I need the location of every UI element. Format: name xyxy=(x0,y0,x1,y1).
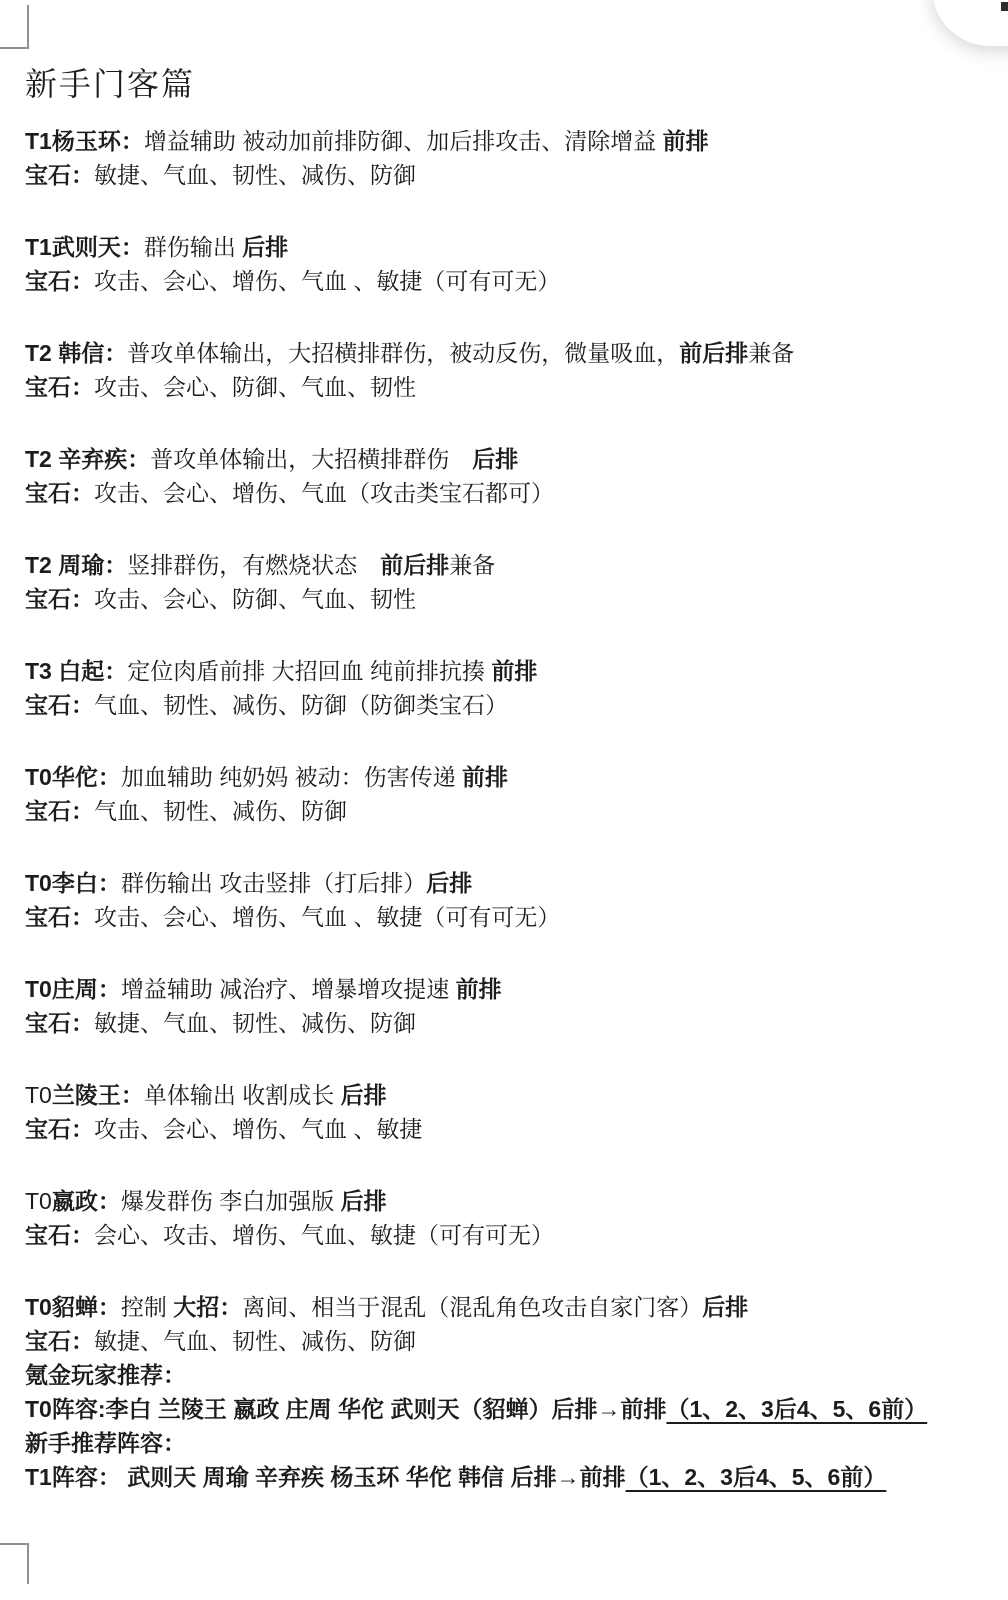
text-segment: 增益辅助 被动加前排防御、加后排攻击、清除增益 xyxy=(144,128,663,154)
text-segment: 前排 xyxy=(462,764,508,790)
text-segment: 离间、相当于混乱（混乱角色攻击自家门客） xyxy=(242,1294,702,1320)
text-segment: T0 xyxy=(25,1188,52,1214)
entry-role-line: T1武则天：群伤输出 后排 xyxy=(25,230,987,264)
footer-recommendations: 氪金玩家推荐：T0阵容:李白 兰陵王 嬴政 庄周 华佗 武则天（貂蝉）后排→前排… xyxy=(25,1358,987,1494)
entry-role-line: T2 辛弃疾：普攻单体输出，大招横排群伤 后排 xyxy=(25,442,987,476)
footer-line: T0阵容:李白 兰陵王 嬴政 庄周 华佗 武则天（貂蝉）后排→前排（1、2、3后… xyxy=(25,1392,987,1426)
page-title: 新手门客篇 xyxy=(25,64,987,104)
text-segment: T0貂蝉： xyxy=(25,1294,121,1320)
text-segment: 会心、攻击、增伤、气血、敏捷（可有可无） xyxy=(94,1222,554,1248)
entry-gem-line: 宝石：气血、韧性、减伤、防御 xyxy=(25,794,987,828)
text-segment: 后排 xyxy=(702,1294,748,1320)
text-boundary-mark-top-left xyxy=(0,5,29,49)
text-segment: 兼备 xyxy=(449,552,495,578)
corner-icon-fragment xyxy=(1001,2,1008,11)
text-segment: 宝石： xyxy=(25,692,94,718)
tier-entry: T3 白起：定位肉盾前排 大招回血 纯前排抗揍 前排宝石：气血、韧性、减伤、防御… xyxy=(25,654,987,722)
text-segment: 气血、韧性、减伤、防御（防御类宝石） xyxy=(94,692,508,718)
text-segment: 兼备 xyxy=(748,340,794,366)
text-segment: 增益辅助 减治疗、增暴增攻提速 xyxy=(121,976,456,1002)
tier-entry: T1武则天：群伤输出 后排宝石：攻击、会心、增伤、气血 、敏捷（可有可无） xyxy=(25,230,987,298)
entry-role-line: T0兰陵王：单体输出 收割成长 后排 xyxy=(25,1078,987,1112)
text-segment: 群伤输出 xyxy=(144,234,242,260)
text-segment: 宝石： xyxy=(25,1222,94,1248)
text-segment: 宝石： xyxy=(25,798,94,824)
text-segment: 爆发群伤 李白加强版 xyxy=(121,1188,341,1214)
text-segment: 攻击、会心、增伤、气血 、敏捷（可有可无） xyxy=(94,268,560,294)
text-segment: 新手推荐阵容： xyxy=(25,1430,186,1456)
text-segment: 攻击、会心、防御、气血、韧性 xyxy=(94,374,416,400)
entry-gem-line: 宝石：敏捷、气血、韧性、减伤、防御 xyxy=(25,1006,987,1040)
text-segment: T0李白： xyxy=(25,870,121,896)
text-segment: 前排 xyxy=(663,128,709,154)
text-segment: 控制 xyxy=(121,1294,173,1320)
footer-line: 氪金玩家推荐： xyxy=(25,1358,987,1392)
text-segment: T2 辛弃疾： xyxy=(25,446,150,472)
entry-gem-line: 宝石：攻击、会心、防御、气血、韧性 xyxy=(25,370,987,404)
text-segment: 前后排 xyxy=(679,340,748,366)
tier-entry-list: T1杨玉环：增益辅助 被动加前排防御、加后排攻击、清除增益 前排宝石：敏捷、气血… xyxy=(25,124,987,1358)
text-segment: 宝石： xyxy=(25,1010,94,1036)
text-segment: 气血、韧性、减伤、防御 xyxy=(94,798,347,824)
entry-role-line: T0貂蝉：控制 大招：离间、相当于混乱（混乱角色攻击自家门客）后排 xyxy=(25,1290,987,1324)
entry-gem-line: 宝石：攻击、会心、增伤、气血 、敏捷（可有可无） xyxy=(25,264,987,298)
footer-line: T1阵容： 武则天 周瑜 辛弃疾 杨玉环 华佗 韩信 后排→前排（1、2、3后4… xyxy=(25,1460,987,1494)
text-segment: 竖排群伤，有燃烧状态 xyxy=(127,552,380,578)
tier-entry: T2 周瑜：竖排群伤，有燃烧状态 前后排兼备宝石：攻击、会心、防御、气血、韧性 xyxy=(25,548,987,616)
entry-gem-line: 宝石：敏捷、气血、韧性、减伤、防御 xyxy=(25,158,987,192)
entry-role-line: T2 韩信：普攻单体输出，大招横排群伤，被动反伤，微量吸血，前后排兼备 xyxy=(25,336,987,370)
text-segment: T2 韩信： xyxy=(25,340,127,366)
text-segment: 定位肉盾前排 大招回血 纯前排抗揍 xyxy=(127,658,491,684)
text-segment: 敏捷、气血、韧性、减伤、防御 xyxy=(94,1328,416,1354)
text-segment: 宝石： xyxy=(25,1116,94,1142)
tier-entry: T0李白：群伤输出 攻击竖排（打后排）后排宝石：攻击、会心、增伤、气血 、敏捷（… xyxy=(25,866,987,934)
tier-entry: T0庄周：增益辅助 减治疗、增暴增攻提速 前排宝石：敏捷、气血、韧性、减伤、防御 xyxy=(25,972,987,1040)
text-segment: 宝石： xyxy=(25,586,94,612)
text-segment: 群伤输出 攻击竖排（打后排） xyxy=(121,870,426,896)
tier-entry: T2 辛弃疾：普攻单体输出，大招横排群伤 后排宝石：攻击、会心、增伤、气血（攻击… xyxy=(25,442,987,510)
text-segment: 普攻单体输出，大招横排群伤，被动反伤，微量吸血， xyxy=(127,340,679,366)
entry-gem-line: 宝石：敏捷、气血、韧性、减伤、防御 xyxy=(25,1324,987,1358)
text-segment: 敏捷、气血、韧性、减伤、防御 xyxy=(94,1010,416,1036)
entry-role-line: T1杨玉环：增益辅助 被动加前排防御、加后排攻击、清除增益 前排 xyxy=(25,124,987,158)
entry-gem-line: 宝石：会心、攻击、增伤、气血、敏捷（可有可无） xyxy=(25,1218,987,1252)
tier-entry: T1杨玉环：增益辅助 被动加前排防御、加后排攻击、清除增益 前排宝石：敏捷、气血… xyxy=(25,124,987,192)
entry-role-line: T0嬴政：爆发群伤 李白加强版 后排 xyxy=(25,1184,987,1218)
tier-entry: T0貂蝉：控制 大招：离间、相当于混乱（混乱角色攻击自家门客）后排宝石：敏捷、气… xyxy=(25,1290,987,1358)
text-segment: T1武则天： xyxy=(25,234,144,260)
document-page: 新手门客篇 T1杨玉环：增益辅助 被动加前排防御、加后排攻击、清除增益 前排宝石… xyxy=(0,0,1008,1600)
text-segment: 宝石： xyxy=(25,904,94,930)
text-segment: 攻击、会心、增伤、气血 、敏捷 xyxy=(94,1116,422,1142)
text-segment: （1、2、3后4、5、6前） xyxy=(666,1396,927,1422)
page-corner-overlay xyxy=(932,0,1008,46)
text-segment: T1阵容： 武则天 周瑜 辛弃疾 杨玉环 华佗 韩信 后排→前排 xyxy=(25,1464,626,1490)
entry-gem-line: 宝石：攻击、会心、防御、气血、韧性 xyxy=(25,582,987,616)
entry-gem-line: 宝石：攻击、会心、增伤、气血 、敏捷 xyxy=(25,1112,987,1146)
text-segment: 攻击、会心、增伤、气血（攻击类宝石都可） xyxy=(94,480,554,506)
text-boundary-mark-bottom-left xyxy=(0,1543,29,1584)
text-segment: 嬴政： xyxy=(52,1188,121,1214)
document-content: 新手门客篇 T1杨玉环：增益辅助 被动加前排防御、加后排攻击、清除增益 前排宝石… xyxy=(25,64,987,1494)
text-segment: T0阵容:李白 兰陵王 嬴政 庄周 华佗 武则天（貂蝉）后排→前排 xyxy=(25,1396,666,1422)
tier-entry: T0兰陵王：单体输出 收割成长 后排宝石：攻击、会心、增伤、气血 、敏捷 xyxy=(25,1078,987,1146)
text-segment: 前排 xyxy=(491,658,537,684)
entry-role-line: T2 周瑜：竖排群伤，有燃烧状态 前后排兼备 xyxy=(25,548,987,582)
text-segment: 后排 xyxy=(341,1082,387,1108)
text-segment: 宝石： xyxy=(25,374,94,400)
text-segment: 大招： xyxy=(173,1294,242,1320)
text-segment: T1杨玉环： xyxy=(25,128,144,154)
entry-role-line: T0李白：群伤输出 攻击竖排（打后排）后排 xyxy=(25,866,987,900)
text-segment: 后排 xyxy=(426,870,472,896)
text-segment: 加血辅助 纯奶妈 被动：伤害传递 xyxy=(121,764,462,790)
text-segment: 单体输出 收割成长 xyxy=(144,1082,341,1108)
entry-gem-line: 宝石：攻击、会心、增伤、气血 、敏捷（可有可无） xyxy=(25,900,987,934)
text-segment: （1、2、3后4、5、6前） xyxy=(626,1464,887,1490)
text-segment: 敏捷、气血、韧性、减伤、防御 xyxy=(94,162,416,188)
entry-role-line: T0庄周：增益辅助 减治疗、增暴增攻提速 前排 xyxy=(25,972,987,1006)
text-segment: 宝石： xyxy=(25,1328,94,1354)
tier-entry: T0嬴政：爆发群伤 李白加强版 后排宝石：会心、攻击、增伤、气血、敏捷（可有可无… xyxy=(25,1184,987,1252)
entry-gem-line: 宝石：气血、韧性、减伤、防御（防御类宝石） xyxy=(25,688,987,722)
text-segment: T0华佗： xyxy=(25,764,121,790)
text-segment: 前后排 xyxy=(380,552,449,578)
text-segment: T2 周瑜： xyxy=(25,552,127,578)
text-segment: 普攻单体输出，大招横排群伤 xyxy=(150,446,472,472)
entry-role-line: T0华佗：加血辅助 纯奶妈 被动：伤害传递 前排 xyxy=(25,760,987,794)
text-segment: 宝石： xyxy=(25,162,94,188)
entry-gem-line: 宝石：攻击、会心、增伤、气血（攻击类宝石都可） xyxy=(25,476,987,510)
text-segment: 宝石： xyxy=(25,480,94,506)
text-segment: 宝石： xyxy=(25,268,94,294)
text-segment: T3 白起： xyxy=(25,658,127,684)
text-segment: T0 xyxy=(25,1082,52,1108)
tier-entry: T0华佗：加血辅助 纯奶妈 被动：伤害传递 前排宝石：气血、韧性、减伤、防御 xyxy=(25,760,987,828)
entry-role-line: T3 白起：定位肉盾前排 大招回血 纯前排抗揍 前排 xyxy=(25,654,987,688)
text-segment: T0庄周： xyxy=(25,976,121,1002)
footer-line: 新手推荐阵容： xyxy=(25,1426,987,1460)
text-segment: 攻击、会心、防御、气血、韧性 xyxy=(94,586,416,612)
text-segment: 攻击、会心、增伤、气血 、敏捷（可有可无） xyxy=(94,904,560,930)
text-segment: 兰陵王： xyxy=(52,1082,144,1108)
text-segment: 前排 xyxy=(456,976,502,1002)
text-segment: 后排 xyxy=(472,446,518,472)
text-segment: 后排 xyxy=(341,1188,387,1214)
text-segment: 后排 xyxy=(242,234,288,260)
tier-entry: T2 韩信：普攻单体输出，大招横排群伤，被动反伤，微量吸血，前后排兼备宝石：攻击… xyxy=(25,336,987,404)
text-segment: 氪金玩家推荐： xyxy=(25,1362,186,1388)
